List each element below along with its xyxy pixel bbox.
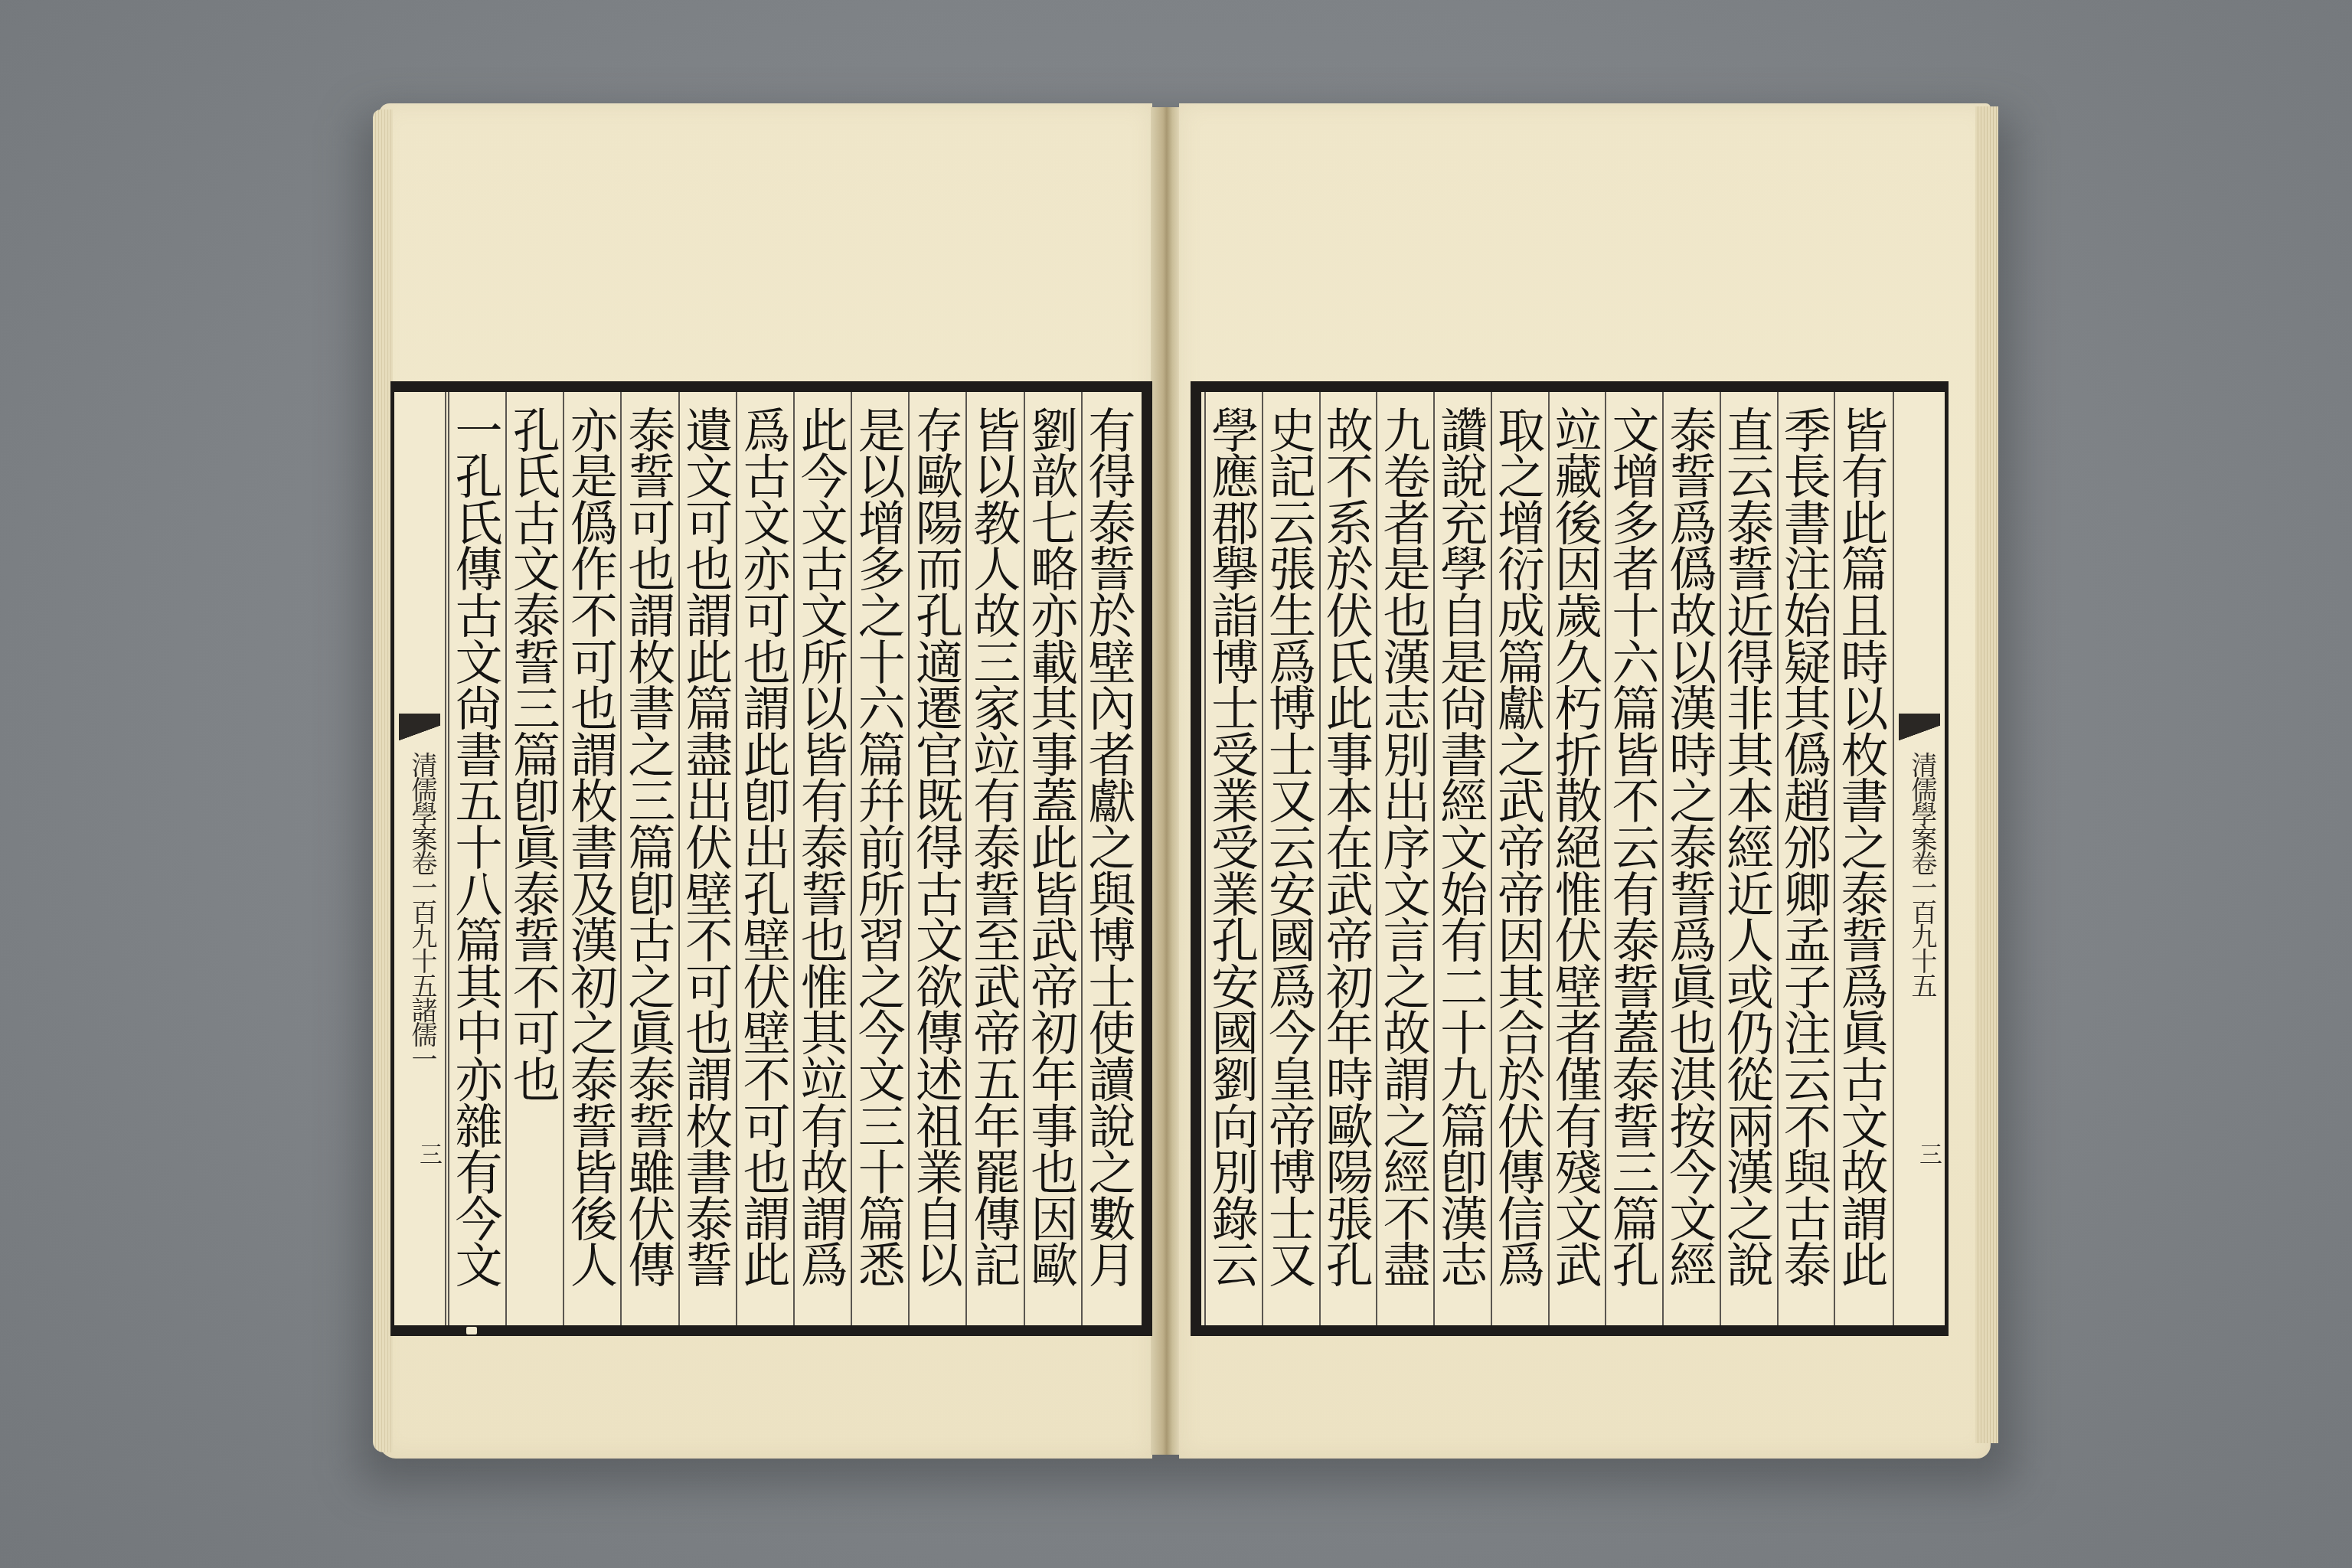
left-banxin-page-number: 三: [394, 1142, 445, 1165]
text-column: 是以增多之十六篇幷前所習之今文三十篇悉以古文錄之: [851, 392, 908, 1325]
fishtail-mark-icon: [1899, 714, 1940, 747]
text-column: 竝藏後因歲久朽折散絕惟伏壁者僅有殘文武帝初作僞者: [1548, 392, 1606, 1325]
text-column: 泰誓爲僞故以漢時之泰誓爲眞也淇按今文經二十八篇古: [1662, 392, 1720, 1325]
banxin-section: 諸儒一: [407, 997, 437, 1070]
frame-mark-icon: [466, 1327, 477, 1334]
text-column: 遺文可也謂此篇盡出伏壁不可也謂枚書泰誓雜有古之眞: [678, 392, 736, 1325]
book-gutter: [1151, 107, 1181, 1455]
text-column: 九卷者是也漢志別出序文言之故謂之經不盡是伏壁之文: [1376, 392, 1433, 1325]
text-column: 此今文古文所以皆有泰誓也惟其竝有故謂爲今文可也謂: [793, 392, 851, 1325]
right-banxin: 清儒學案卷一百九十五 三: [1893, 392, 1945, 1325]
text-column: 學應郡擧詣博士受業受業孔安國劉向別錄云武帝末民閒: [1204, 392, 1262, 1325]
text-column: 一孔氏傳古文尙書五十八篇其中亦雜有今文僞文不盡出: [448, 392, 505, 1325]
banxin-title: 清儒學案卷一百九十五: [407, 752, 437, 997]
right-text-columns: 皆有此篇且時以枚書之泰誓爲眞古文故謂此爲今文也馬 季長書注始疑其僞趙邠卿孟子注云…: [1204, 392, 1891, 1325]
text-column: 文增多者十六篇皆不云有泰誓蓋泰誓三篇孔壁伏壁初雖: [1605, 392, 1662, 1325]
right-banxin-page-number: 三: [1894, 1142, 1945, 1165]
left-banxin: 清儒學案卷一百九十五諸儒一 三: [394, 392, 446, 1325]
text-column: 直云泰誓近得非其本經近人或仍從兩漢之說此因以枚書: [1720, 392, 1777, 1325]
text-column: 亦是僞作不可也謂枚書及漢初之泰誓皆後人僞作可也謂: [563, 392, 620, 1325]
fishtail-mark-icon: [399, 714, 440, 747]
right-page-frame: 皆有此篇且時以枚書之泰誓爲眞古文故謂此爲今文也馬 季長書注始疑其僞趙邠卿孟子注云…: [1191, 381, 1949, 1336]
left-page-frame: 清儒學案卷一百九十五諸儒一 三 有得泰誓於壁內者獻之與博士使讀說之數月皆起以教人…: [390, 381, 1152, 1336]
left-banxin-title: 清儒學案卷一百九十五諸儒一: [394, 752, 445, 1070]
text-column: 有得泰誓於壁內者獻之與博士使讀說之數月皆起以教人: [1081, 392, 1138, 1325]
text-column: 讚說充學自是尙書經文始有二十九篇卽漢志所云經二十: [1433, 392, 1491, 1325]
text-column: 泰誓可也謂枚書之三篇卽古之眞泰誓雖伏傳泰誓之遺文: [620, 392, 678, 1325]
text-column: 皆以教人故三家竝有泰誓至武帝五年罷傳記博士尙書惟: [965, 392, 1023, 1325]
right-banxin-title: 清儒學案卷一百九十五: [1894, 752, 1945, 997]
text-column: 皆有此篇且時以枚書之泰誓爲眞古文故謂此爲今文也馬: [1834, 392, 1891, 1325]
text-column: 存歐陽而孔適遷官既得古文欲傳述祖業自以古文名家於: [908, 392, 965, 1325]
text-column: 孔氏古文泰誓三篇卽眞泰誓不可也: [505, 392, 563, 1325]
left-text-columns: 有得泰誓於壁內者獻之與博士使讀說之數月皆起以教人 劉歆七略亦載其事蓋此皆武帝初年…: [448, 392, 1138, 1325]
text-column: 取之增衍成篇獻之武帝帝因其合於伏傳信爲逸經命博士: [1491, 392, 1548, 1325]
text-column: 劉歆七略亦載其事蓋此皆武帝初年事也因歐陽張孔三家: [1024, 392, 1081, 1325]
text-column: 故不系於伏氏此事本在武帝初年時歐陽張孔竝爲博士故: [1319, 392, 1377, 1325]
text-column: 爲古文亦可也謂此卽出孔壁伏壁不可也謂此篇雜有伏壁: [736, 392, 793, 1325]
text-column: 史記云張生爲博士又云安國爲今皇帝博士又云兒寬以文: [1262, 392, 1319, 1325]
text-column: 季長書注始疑其僞趙邠卿孟子注云不與古泰誓同王肅則: [1777, 392, 1834, 1325]
